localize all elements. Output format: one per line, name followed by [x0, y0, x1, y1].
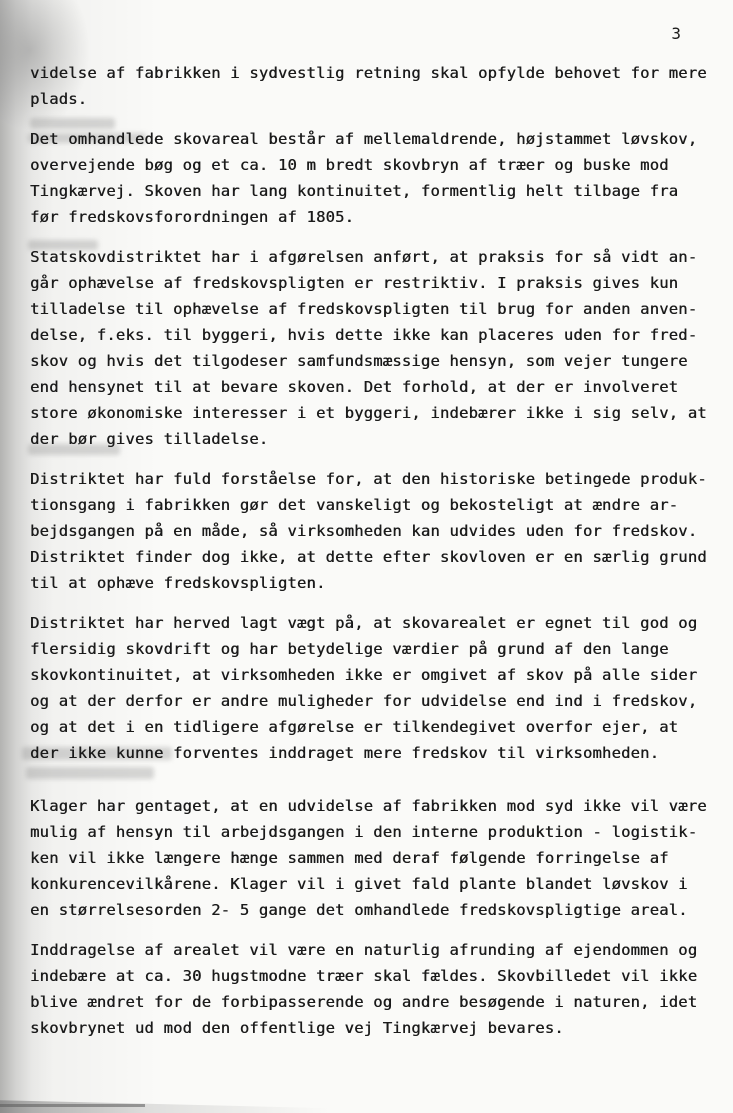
- paragraph-5: Distriktet har herved lagt vægt på, at s…: [30, 610, 708, 766]
- scan-smear: [0, 1097, 330, 1113]
- page-number: 3: [671, 24, 681, 43]
- scan-edge-line: [0, 1104, 145, 1107]
- paragraph-1: videlse af fabrikken i sydvestlig retnin…: [30, 60, 708, 112]
- document-page: 3 videlse af fabrikken i sydvestlig retn…: [0, 0, 733, 1113]
- paragraph-2: Det omhandlede skovareal består af melle…: [30, 126, 708, 230]
- paragraph-6: Klager har gentaget, at en udvidelse af …: [30, 793, 708, 923]
- paragraph-3: Statskovdistriktet har i afgørelsen anfø…: [30, 244, 708, 452]
- document-body: videlse af fabrikken i sydvestlig retnin…: [30, 60, 708, 1055]
- paragraph-7: Inddragelse af arealet vil være en natur…: [30, 937, 708, 1041]
- paragraph-4: Distriktet har fuld forståelse for, at d…: [30, 466, 708, 596]
